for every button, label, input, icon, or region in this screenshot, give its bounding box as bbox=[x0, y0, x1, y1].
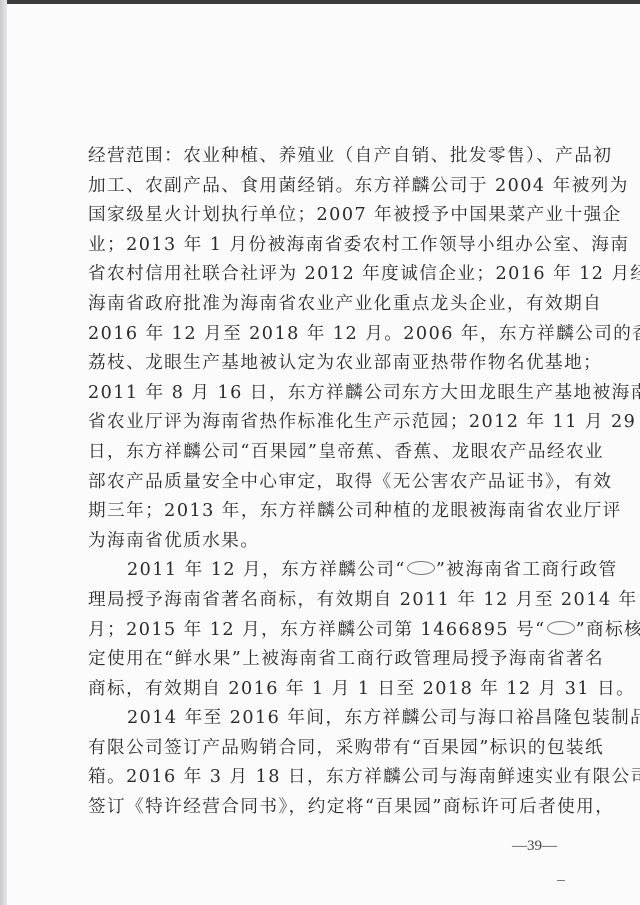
text-line: 2011 年 12 月，东方祥麟公司“”被海南省工商行政管 bbox=[88, 556, 580, 586]
text-span: 2011 年 12 月，东方祥麟公司“ bbox=[127, 560, 406, 580]
footer-mark bbox=[557, 880, 565, 881]
text-line: 经营范围：农业种植、养殖业（自产自销、批发零售）、产品初 bbox=[88, 142, 580, 172]
text-span: 月；2015 年 12 月，东方祥麟公司第 1466895 号“ bbox=[88, 620, 546, 640]
text-line: 国家级星火计划执行单位；2007 年被授予中国果菜产业十强企 bbox=[88, 201, 580, 231]
text-line: 省农业厅评为海南省热作标准化生产示范园；2012 年 11 月 29 bbox=[88, 408, 580, 438]
text-line: 定使用在“鲜水果”上被海南省工商行政管理局授予海南省著名 bbox=[88, 645, 580, 675]
document-page: 经营范围：农业种植、养殖业（自产自销、批发零售）、产品初 加工、农副产品、食用菌… bbox=[88, 142, 580, 823]
text-line: 月；2015 年 12 月，东方祥麟公司第 1466895 号“”商标核 bbox=[88, 616, 580, 646]
text-line: 签订《特许经营合同书》，约定将“百果园”商标许可后者使用， bbox=[88, 793, 580, 823]
text-span: ”商标核 bbox=[576, 620, 640, 640]
text-line: 为海南省优质水果。 bbox=[88, 527, 580, 557]
text-line: 业；2013 年 1 月份被海南省委农村工作领导小组办公室、海南 bbox=[88, 231, 580, 261]
paragraph-1: 经营范围：农业种植、养殖业（自产自销、批发零售）、产品初 加工、农副产品、食用菌… bbox=[88, 142, 580, 556]
text-line: 日，东方祥麟公司“百果园”皇帝蕉、香蕉、龙眼农产品经农业 bbox=[88, 438, 580, 468]
text-line: 2014 年至 2016 年间，东方祥麟公司与海口裕昌隆包装制品 bbox=[88, 704, 580, 734]
paragraph-2: 2011 年 12 月，东方祥麟公司“”被海南省工商行政管 理局授予海南省著名商… bbox=[88, 556, 580, 704]
text-line: 期三年；2013 年，东方祥麟公司种植的龙眼被海南省农业厅评 bbox=[88, 497, 580, 527]
scan-left-edge bbox=[0, 0, 7, 905]
text-line: 部农产品质量安全中心审定，取得《无公害农产品证书》，有效 bbox=[88, 468, 580, 498]
text-line: 商标，有效期自 2016 年 1 月 1 日至 2018 年 12 月 31 日… bbox=[88, 675, 580, 705]
text-line: 2016 年 12 月至 2018 年 12 月。2006 年，东方祥麟公司的香… bbox=[88, 320, 580, 350]
text-line: 有限公司签订产品购销合同，采购带有“百果园”标识的包装纸 bbox=[88, 734, 580, 764]
text-line: 省农村信用社联合社评为 2012 年度诚信企业；2016 年 12 月经 bbox=[88, 260, 580, 290]
text-line: 2011 年 8 月 16 日，东方祥麟公司东方大田龙眼生产基地被海南 bbox=[88, 379, 580, 409]
text-line: 荔枝、龙眼生产基地被认定为农业部南亚热带作物名优基地； bbox=[88, 349, 580, 379]
trademark-logo-icon bbox=[407, 561, 435, 575]
scan-top-edge bbox=[0, 0, 640, 4]
trademark-logo-icon bbox=[547, 621, 575, 635]
text-span: ”被海南省工商行政管 bbox=[436, 560, 618, 580]
text-line: 箱。2016 年 3 月 18 日，东方祥麟公司与海南鲜速实业有限公司 bbox=[88, 763, 580, 793]
paragraph-3: 2014 年至 2016 年间，东方祥麟公司与海口裕昌隆包装制品 有限公司签订产… bbox=[88, 704, 580, 822]
text-line: 加工、农副产品、食用菌经销。东方祥麟公司于 2004 年被列为 bbox=[88, 172, 580, 202]
text-line: 理局授予海南省著名商标，有效期自 2011 年 12 月至 2014 年 11 bbox=[88, 586, 580, 616]
text-line: 海南省政府批准为海南省农业产业化重点龙头企业，有效期自 bbox=[88, 290, 580, 320]
page-number: —39— bbox=[512, 838, 557, 855]
